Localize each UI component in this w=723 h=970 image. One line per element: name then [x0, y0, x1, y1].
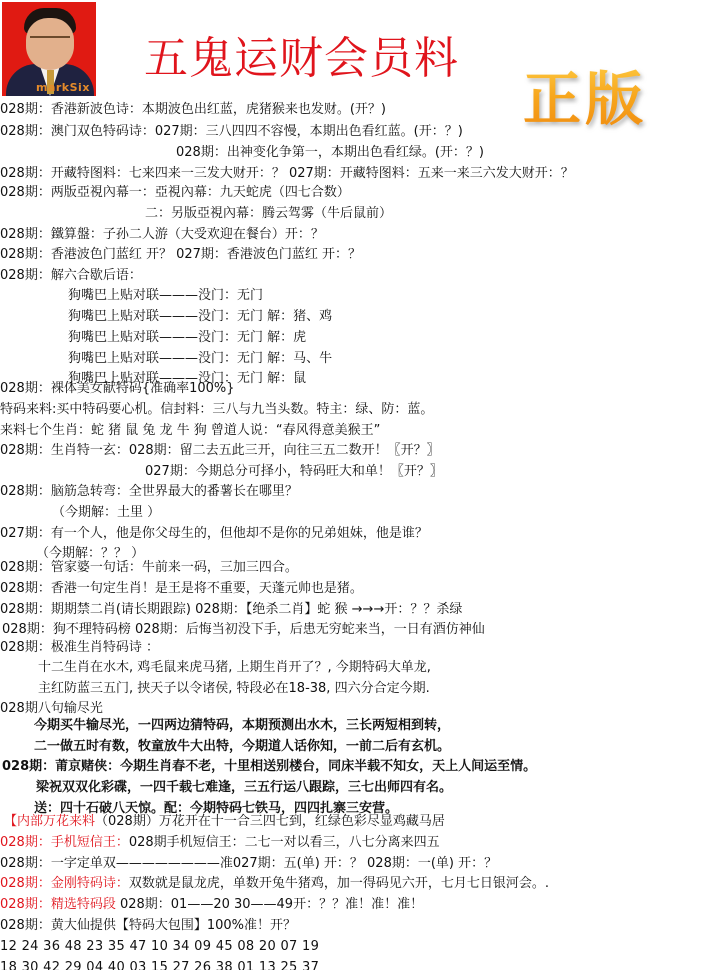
text-line: 028期：出神变化争第一，本期出色看红绿。(开：？) — [176, 144, 484, 162]
text-line: 028期：澳门双色特码诗：027期：三八四四不容慢，本期出色看红蓝。(开：？) — [0, 123, 463, 141]
line-text: 028期：黄大仙提供【特码大包围】100%准！开？ — [0, 918, 296, 933]
text-line: 028期：裸体美女献特码{准确率100%} — [0, 380, 235, 398]
photo-watermark: markSix — [36, 81, 90, 94]
highlight-line: 028期：精选特码段 028期：01——20 30——49开：？？准！准！准！ — [0, 896, 423, 914]
text-line: 特码来料:买中特码要心机。信封料：三八与九当头数。特主：绿、防：蓝。 — [0, 401, 433, 419]
text-line: 027期：有一个人，他是你父母生的，但他却不是你的兄弟姐妹，他是谁？ — [0, 525, 428, 543]
highlight-line: 028期：金刚特码诗：双数就是鼠龙虎，单数开兔牛猪鸡，加一得码见六开，七月七日银… — [0, 875, 549, 893]
text-line: 狗嘴巴上贴对联———没门：无门 解：马、牛 — [68, 350, 332, 368]
host-photo: markSix — [2, 2, 96, 96]
text-line: 028期：狗不理特码榜 028期：后悔当初没下手，后患无穷蛇来当，一日有酒仿神仙 — [2, 621, 485, 639]
highlight-label: 028期：手机短信王： — [0, 835, 129, 850]
line-text: 028期：一字定单双————————准027期：五(单) 开：？ 028期：一(… — [0, 856, 497, 871]
number-row: 18 30 42 29 04 40 03 15 27 26 38 01 13 2… — [0, 959, 319, 970]
text-line: 028期：开藏特图料：七来四来一三发大财开：？ 027期：开藏特图料：五来一来三… — [0, 165, 574, 183]
genuine-badge: 正版 — [523, 52, 647, 136]
text-line: 028期：生肖特一玄：028期：留二去五此三开，向往三五二数开！〖开？〗 — [0, 442, 440, 460]
text-line: 主红防蓝三五门, 挟天子以令诸侯, 特段必在18-38, 四六分合定今期. — [38, 680, 430, 698]
text-line: 来料七个生肖：蛇 猪 鼠 兔 龙 牛 狗 曾道人说：“春风得意美猴王” — [0, 422, 380, 440]
text-line: 028期：莆京赌侠：今期生肖春不老，十里相送别楼台，同床半载不知女，天上人间运至… — [2, 758, 536, 776]
text-line: 梁祝双双化彩碟，一四千载七难逢，三五行运八跟踪，三七出师四有名。 — [36, 779, 452, 797]
highlight-label: 028期：金刚特码诗： — [0, 876, 129, 891]
highlight-label: 028期：精选特码段 — [0, 897, 116, 912]
highlight-label: 【内部万花来料 — [4, 814, 95, 829]
text-line: 028期：解六合歇后语： — [0, 267, 142, 285]
text-line: 028期八句输尽光 — [0, 700, 103, 718]
line-text: 028期：01——20 30——49开：？？准！准！准！ — [116, 897, 423, 912]
photo-glasses — [30, 36, 70, 46]
line-text: 028期手机短信王：二七一对以看三，八七分离来四五 — [129, 835, 440, 850]
text-line: 028期：香港一句定生肖！是王是将不重要，天蓬元帅也是猪。 — [0, 580, 363, 598]
text-line: 十二生肖在水木, 鸡毛鼠来虎马猪, 上期生肖开了？, 今期特码大单龙, — [38, 659, 431, 677]
page-title: 五鬼运财会员料 — [144, 22, 459, 86]
highlight-line: 028期：黄大仙提供【特码大包围】100%准！开？ — [0, 917, 296, 935]
text-line: 028期：管家婆一句话：牛前来一码，三加三四合。 — [0, 559, 298, 577]
text-line: 二：另版亞視內幕：腾云驾雾（牛后鼠前） — [145, 205, 392, 223]
text-line: 028期：两版亞視內幕一：亞視內幕：九天蛇虎（四七合数） — [0, 184, 350, 202]
text-line: 狗嘴巴上贴对联———没门：无门 — [68, 287, 263, 305]
text-line: 028期：极准生肖特码诗 ： — [0, 639, 159, 657]
highlight-line: 028期：手机短信王：028期手机短信王：二七一对以看三，八七分离来四五 — [0, 834, 440, 852]
text-line: 二一做五时有数，牧童放牛大出特，今期道人话你知，一前二后有玄机。 — [34, 738, 450, 756]
highlight-line: 028期：一字定单双————————准027期：五(单) 开：？ 028期：一(… — [0, 855, 497, 873]
text-line: 027期：今期总分可择小，特码旺大和单！〖开？〗 — [145, 463, 443, 481]
text-line: （今期解：土里 ） — [52, 504, 160, 522]
line-text: （028期）万花开在十一合三四七到，红绿色彩尽显鸡藏马居 — [95, 814, 445, 829]
text-line: 028期：香港波色门蓝红 开？ 027期：香港波色门蓝红 开：？ — [0, 246, 361, 264]
highlight-line: 【内部万花来料（028期）万花开在十一合三四七到，红绿色彩尽显鸡藏马居 — [4, 813, 445, 831]
text-line: 狗嘴巴上贴对联———没门：无门 解：虎 — [68, 329, 306, 347]
text-line: 今期买牛输尽光，一四两边猜特码，本期预测出水木，三长两短相到转， — [34, 717, 450, 735]
text-line: 028期：脑筋急转弯：全世界最大的番薯长在哪里？ — [0, 483, 298, 501]
line-text: 双数就是鼠龙虎，单数开兔牛猪鸡，加一得码见六开，七月七日银河会。. — [129, 876, 549, 891]
text-line: 028期：鐵算盤：子孙二人游（大受欢迎在餐台）开：？ — [0, 226, 324, 244]
text-line: 028期：期期禁二肖(请长期跟踪) 028期：【绝杀二肖】蛇 猴 →→→开：？？… — [0, 601, 462, 619]
number-row: 12 24 36 48 23 35 47 10 34 09 45 08 20 0… — [0, 938, 319, 956]
text-line: 狗嘴巴上贴对联———没门：无门 解：猪、鸡 — [68, 308, 332, 326]
text-line: 028期：香港新波色诗：本期波色出红蓝，虎猪猴来也发财。(开？) — [0, 101, 386, 119]
